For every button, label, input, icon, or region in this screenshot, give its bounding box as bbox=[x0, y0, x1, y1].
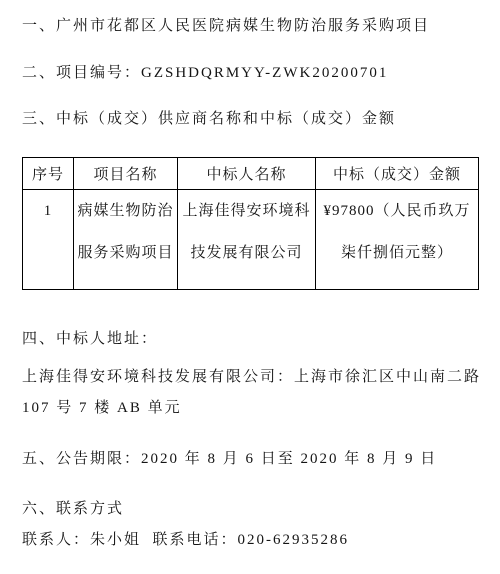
section-2-project-number: 二、项目编号：GZSHDQRMYY-ZWK20200701 bbox=[22, 64, 492, 83]
section-5-notice-period: 五、公告期限：2020 年 8 月 6 日至 2020 年 8 月 9 日 bbox=[22, 450, 492, 469]
section-3-award-heading: 三、中标（成交）供应商名称和中标（成交）金额 bbox=[22, 110, 492, 129]
header-award-amount: 中标（成交）金额 bbox=[316, 158, 479, 190]
award-table-header-row: 序号 项目名称 中标人名称 中标（成交）金额 bbox=[23, 158, 479, 190]
winner-address-detail: 上海佳得安环境科技发展有限公司：上海市徐汇区中山南二路 107 号 7 楼 AB… bbox=[22, 362, 484, 424]
section-4-address-heading: 四、中标人地址： bbox=[22, 330, 492, 349]
cell-serial-number: 1 bbox=[23, 190, 74, 290]
header-project-name: 项目名称 bbox=[74, 158, 178, 190]
section-6-contact-heading: 六、联系方式 bbox=[22, 500, 492, 519]
section-1-project-title: 一、广州市花都区人民医院病媒生物防治服务采购项目 bbox=[22, 17, 492, 36]
header-winner-name: 中标人名称 bbox=[178, 158, 316, 190]
cell-award-amount: ¥97800（人民币玖万柒仟捌佰元整） bbox=[316, 190, 479, 290]
award-table-row: 1 病媒生物防治服务采购项目 上海佳得安环境科技发展有限公司 ¥97800（人民… bbox=[23, 190, 479, 290]
cell-project-name: 病媒生物防治服务采购项目 bbox=[74, 190, 178, 290]
header-serial-number: 序号 bbox=[23, 158, 74, 190]
cell-winner-name: 上海佳得安环境科技发展有限公司 bbox=[178, 190, 316, 290]
procurement-award-notice-document: 一、广州市花都区人民医院病媒生物防治服务采购项目 二、项目编号：GZSHDQRM… bbox=[0, 0, 500, 574]
award-table: 序号 项目名称 中标人名称 中标（成交）金额 1 病媒生物防治服务采购项目 上海… bbox=[22, 157, 479, 290]
contact-person-and-phone: 联系人：朱小姐 联系电话：020-62935286 bbox=[22, 531, 492, 550]
